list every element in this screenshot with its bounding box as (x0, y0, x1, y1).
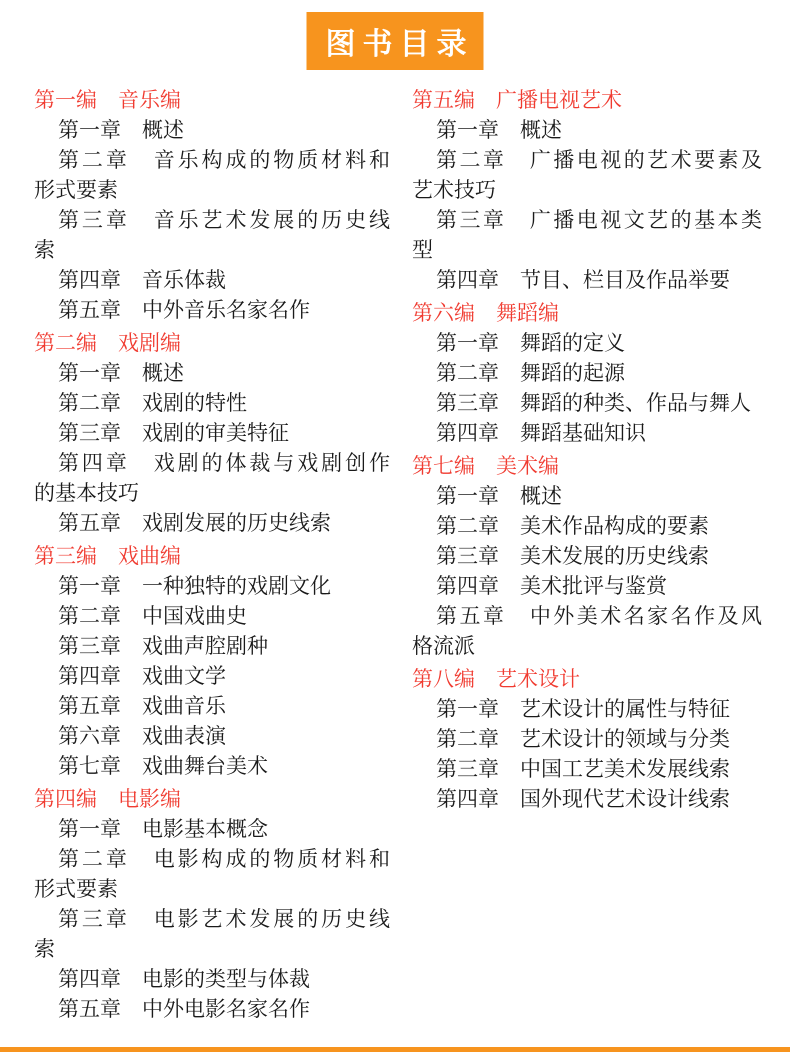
chapter-entry: 第二章 中国戏曲史 (34, 602, 390, 632)
chapter-entry: 第五章 戏曲音乐 (34, 692, 390, 722)
chapter-line: 第三章 美术发展的历史线索 (412, 542, 762, 572)
chapter-line: 第五章 戏剧发展的历史线索 (34, 509, 390, 539)
section-title: 第一编 音乐编 (34, 86, 390, 116)
chapter-line: 第一章 概述 (412, 482, 762, 512)
toc-left-column: 第一编 音乐编第一章 概述第二章 音乐构成的物质材料和形式要素第三章 音乐艺术发… (34, 86, 390, 1025)
chapter-line: 第三章 电影艺术发展的历史线 (34, 905, 390, 935)
chapter-line: 第四章 舞蹈基础知识 (412, 419, 762, 449)
chapter-line: 第四章 国外现代艺术设计线索 (412, 785, 762, 815)
toc-section: 第八编 艺术设计第一章 艺术设计的属性与特征第二章 艺术设计的领域与分类第三章 … (412, 665, 762, 815)
chapter-line: 第一章 概述 (34, 116, 390, 146)
chapter-line: 第一章 艺术设计的属性与特征 (412, 695, 762, 725)
section-title: 第七编 美术编 (412, 452, 762, 482)
chapter-entry: 第六章 戏曲表演 (34, 722, 390, 752)
chapter-line: 第三章 广播电视文艺的基本类 (412, 206, 762, 236)
chapter-entry: 第一章 电影基本概念 (34, 815, 390, 845)
chapter-line: 第四章 美术批评与鉴赏 (412, 572, 762, 602)
chapter-line: 第一章 概述 (34, 359, 390, 389)
chapter-entry: 第二章 音乐构成的物质材料和形式要素 (34, 146, 390, 206)
chapter-entry: 第二章 艺术设计的领域与分类 (412, 725, 762, 755)
chapter-entry: 第三章 中国工艺美术发展线索 (412, 755, 762, 785)
toc-section: 第四编 电影编第一章 电影基本概念第二章 电影构成的物质材料和形式要素第三章 电… (34, 785, 390, 1025)
chapter-line-continuation: 艺术技巧 (412, 176, 762, 206)
chapter-entry: 第四章 戏曲文学 (34, 662, 390, 692)
chapter-entry: 第三章 戏剧的审美特征 (34, 419, 390, 449)
chapter-line: 第三章 音乐艺术发展的历史线 (34, 206, 390, 236)
chapter-entry: 第二章 电影构成的物质材料和形式要素 (34, 845, 390, 905)
chapter-line: 第五章 中外音乐名家名作 (34, 296, 390, 326)
chapter-line: 第二章 音乐构成的物质材料和 (34, 146, 390, 176)
chapter-entry: 第三章 舞蹈的种类、作品与舞人 (412, 389, 762, 419)
chapter-entry: 第五章 中外电影名家名作 (34, 995, 390, 1025)
toc-right-column: 第五编 广播电视艺术第一章 概述第二章 广播电视的艺术要素及艺术技巧第三章 广播… (412, 86, 762, 1025)
chapter-line: 第四章 音乐体裁 (34, 266, 390, 296)
chapter-entry: 第二章 戏剧的特性 (34, 389, 390, 419)
chapter-line: 第七章 戏曲舞台美术 (34, 752, 390, 782)
chapter-line-continuation: 的基本技巧 (34, 479, 390, 509)
chapter-line: 第二章 舞蹈的起源 (412, 359, 762, 389)
chapter-entry: 第三章 戏曲声腔剧种 (34, 632, 390, 662)
section-title: 第六编 舞蹈编 (412, 299, 762, 329)
chapter-line: 第四章 电影的类型与体裁 (34, 965, 390, 995)
chapter-line: 第二章 美术作品构成的要素 (412, 512, 762, 542)
chapter-entry: 第四章 电影的类型与体裁 (34, 965, 390, 995)
chapter-entry: 第一章 概述 (412, 482, 762, 512)
chapter-entry: 第三章 音乐艺术发展的历史线索 (34, 206, 390, 266)
chapter-entry: 第四章 舞蹈基础知识 (412, 419, 762, 449)
section-title: 第五编 广播电视艺术 (412, 86, 762, 116)
chapter-entry: 第二章 广播电视的艺术要素及艺术技巧 (412, 146, 762, 206)
chapter-line: 第一章 电影基本概念 (34, 815, 390, 845)
chapter-entry: 第五章 中外美术名家名作及风格流派 (412, 602, 762, 662)
chapter-line: 第一章 一种独特的戏剧文化 (34, 572, 390, 602)
chapter-entry: 第四章 国外现代艺术设计线索 (412, 785, 762, 815)
toc-section: 第七编 美术编第一章 概述第二章 美术作品构成的要素第三章 美术发展的历史线索第… (412, 452, 762, 662)
chapter-line: 第一章 概述 (412, 116, 762, 146)
chapter-entry: 第一章 一种独特的戏剧文化 (34, 572, 390, 602)
page-title: 图书目录 (326, 28, 474, 61)
chapter-entry: 第四章 戏剧的体裁与戏剧创作的基本技巧 (34, 449, 390, 509)
chapter-line: 第二章 艺术设计的领域与分类 (412, 725, 762, 755)
chapter-line-continuation: 形式要素 (34, 176, 390, 206)
chapter-entry: 第三章 电影艺术发展的历史线索 (34, 905, 390, 965)
chapter-entry: 第一章 舞蹈的定义 (412, 329, 762, 359)
chapter-line: 第五章 中外美术名家名作及风 (412, 602, 762, 632)
toc-section: 第三编 戏曲编第一章 一种独特的戏剧文化第二章 中国戏曲史第三章 戏曲声腔剧种第… (34, 542, 390, 782)
chapter-line: 第二章 中国戏曲史 (34, 602, 390, 632)
chapter-line: 第三章 舞蹈的种类、作品与舞人 (412, 389, 762, 419)
chapter-entry: 第四章 节目、栏目及作品举要 (412, 266, 762, 296)
toc: 第一编 音乐编第一章 概述第二章 音乐构成的物质材料和形式要素第三章 音乐艺术发… (34, 86, 762, 1025)
chapter-line: 第五章 戏曲音乐 (34, 692, 390, 722)
chapter-line: 第三章 戏剧的审美特征 (34, 419, 390, 449)
toc-section: 第二编 戏剧编第一章 概述第二章 戏剧的特性第三章 戏剧的审美特征第四章 戏剧的… (34, 329, 390, 539)
chapter-line: 第二章 广播电视的艺术要素及 (412, 146, 762, 176)
chapter-line-continuation: 格流派 (412, 632, 762, 662)
chapter-entry: 第七章 戏曲舞台美术 (34, 752, 390, 782)
chapter-entry: 第一章 概述 (412, 116, 762, 146)
chapter-entry: 第四章 美术批评与鉴赏 (412, 572, 762, 602)
chapter-entry: 第五章 戏剧发展的历史线索 (34, 509, 390, 539)
chapter-entry: 第一章 概述 (34, 116, 390, 146)
section-title: 第二编 戏剧编 (34, 329, 390, 359)
page-title-badge: 图书目录 (307, 12, 484, 70)
toc-section: 第五编 广播电视艺术第一章 概述第二章 广播电视的艺术要素及艺术技巧第三章 广播… (412, 86, 762, 296)
chapter-entry: 第一章 艺术设计的属性与特征 (412, 695, 762, 725)
chapter-line: 第二章 电影构成的物质材料和 (34, 845, 390, 875)
chapter-entry: 第三章 美术发展的历史线索 (412, 542, 762, 572)
chapter-line-continuation: 索 (34, 935, 390, 965)
chapter-line: 第五章 中外电影名家名作 (34, 995, 390, 1025)
chapter-line-continuation: 索 (34, 236, 390, 266)
chapter-line: 第四章 戏曲文学 (34, 662, 390, 692)
chapter-line: 第一章 舞蹈的定义 (412, 329, 762, 359)
chapter-entry: 第五章 中外音乐名家名作 (34, 296, 390, 326)
chapter-line: 第二章 戏剧的特性 (34, 389, 390, 419)
chapter-entry: 第一章 概述 (34, 359, 390, 389)
chapter-line: 第四章 戏剧的体裁与戏剧创作 (34, 449, 390, 479)
chapter-line-continuation: 形式要素 (34, 875, 390, 905)
chapter-line: 第四章 节目、栏目及作品举要 (412, 266, 762, 296)
bottom-divider-bar (0, 1047, 790, 1052)
chapter-line: 第六章 戏曲表演 (34, 722, 390, 752)
chapter-line-continuation: 型 (412, 236, 762, 266)
chapter-line: 第三章 中国工艺美术发展线索 (412, 755, 762, 785)
chapter-entry: 第四章 音乐体裁 (34, 266, 390, 296)
section-title: 第八编 艺术设计 (412, 665, 762, 695)
chapter-entry: 第二章 舞蹈的起源 (412, 359, 762, 389)
chapter-entry: 第三章 广播电视文艺的基本类型 (412, 206, 762, 266)
section-title: 第四编 电影编 (34, 785, 390, 815)
toc-section: 第一编 音乐编第一章 概述第二章 音乐构成的物质材料和形式要素第三章 音乐艺术发… (34, 86, 390, 326)
toc-section: 第六编 舞蹈编第一章 舞蹈的定义第二章 舞蹈的起源第三章 舞蹈的种类、作品与舞人… (412, 299, 762, 449)
section-title: 第三编 戏曲编 (34, 542, 390, 572)
chapter-line: 第三章 戏曲声腔剧种 (34, 632, 390, 662)
chapter-entry: 第二章 美术作品构成的要素 (412, 512, 762, 542)
